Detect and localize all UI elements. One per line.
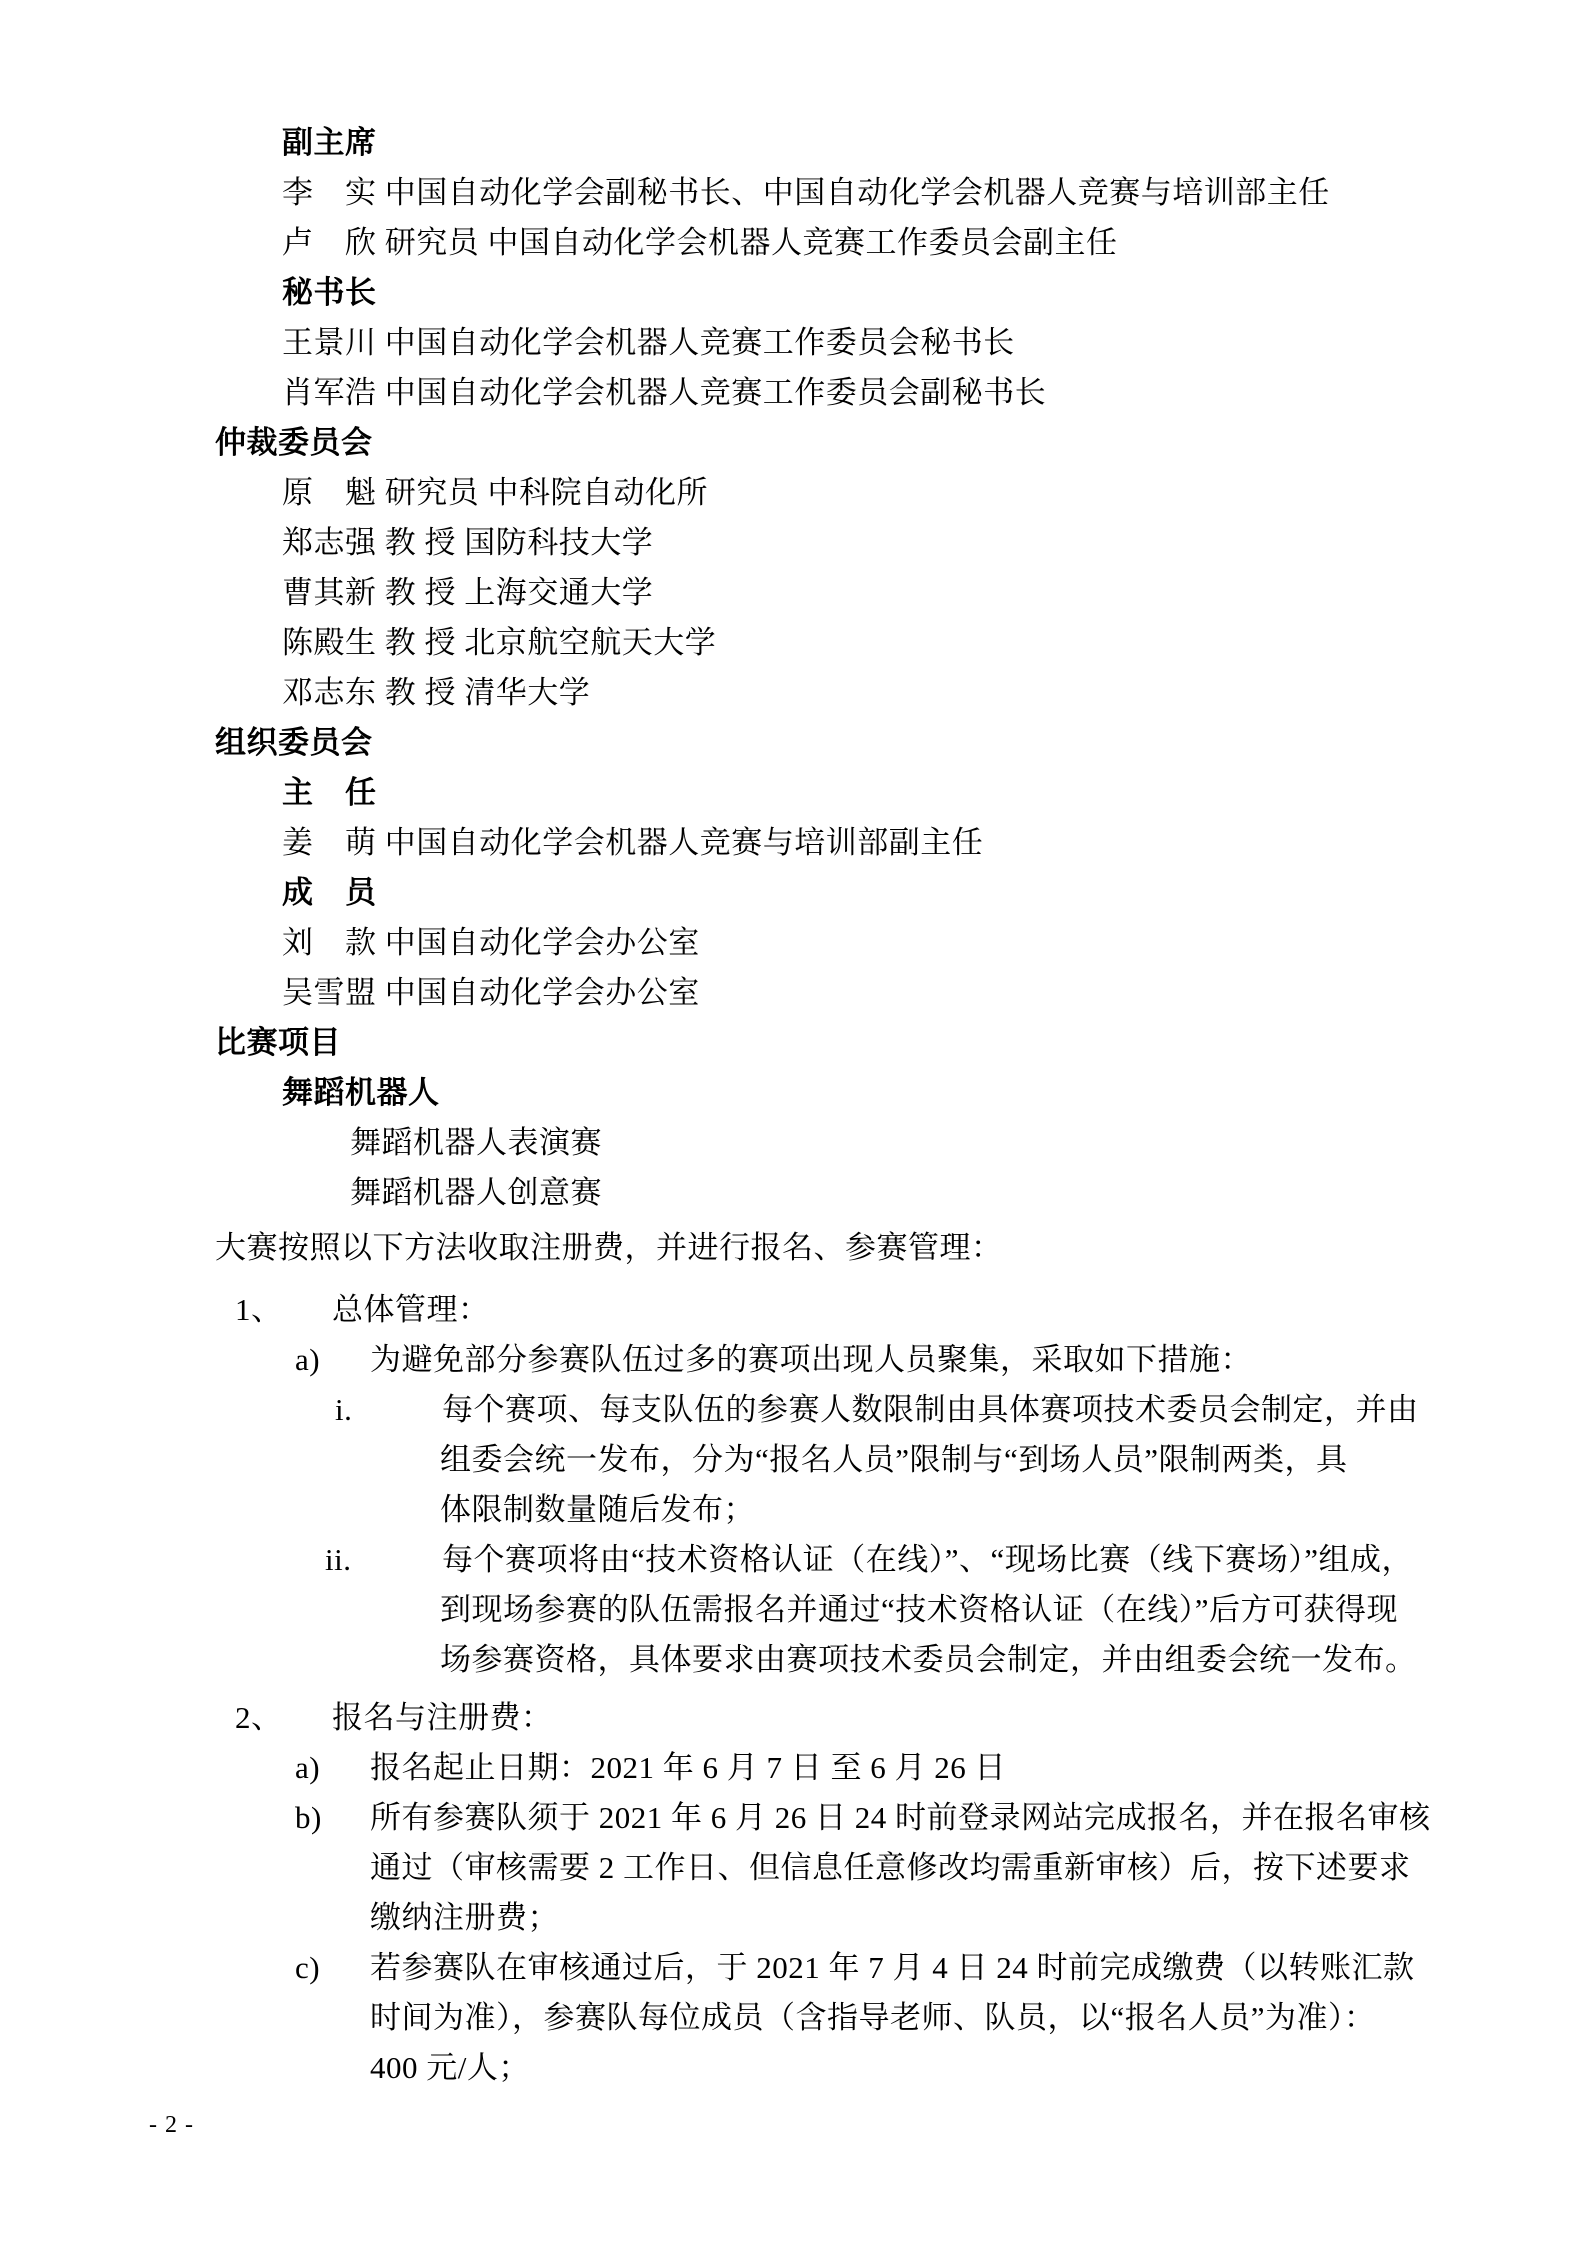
line-text: 为避免部分参赛队伍过多的赛项出现人员聚集，采取如下措施：	[370, 1342, 1252, 1377]
line-text: 原 魁 研究员 中科院自动化所	[282, 475, 708, 510]
line-text: 大赛按照以下方法收取注册费，并进行报名、参赛管理：	[215, 1230, 1003, 1265]
text-line: 组委会统一发布，分为“报名人员”限制与“到场人员”限制两类，具	[0, 1435, 1587, 1485]
text-line: 刘 款 中国自动化学会办公室	[0, 918, 1587, 968]
line-text: 仲裁委员会	[215, 425, 373, 460]
list-marker: ii.	[325, 1535, 442, 1585]
list-marker: 1、	[235, 1285, 332, 1335]
text-line: 吴雪盟 中国自动化学会办公室	[0, 968, 1587, 1018]
line-text: 邓志东 教 授 清华大学	[282, 675, 590, 710]
text-line: 到现场参赛的队伍需报名并通过“技术资格认证（在线）”后方可获得现	[0, 1585, 1587, 1635]
list-marker: a)	[295, 1335, 370, 1385]
line-text: 报名与注册费：	[332, 1700, 553, 1735]
text-line: 舞蹈机器人创意赛	[0, 1168, 1587, 1218]
line-text: 缴纳注册费；	[370, 1900, 559, 1935]
text-line: 舞蹈机器人表演赛	[0, 1118, 1587, 1168]
heading-line: 主 任	[0, 768, 1587, 818]
list-marker: b)	[295, 1793, 370, 1843]
heading-line: 舞蹈机器人	[0, 1068, 1587, 1118]
list-marker: c)	[295, 1943, 370, 1993]
line-text: 每个赛项将由“技术资格认证（在线）”、“现场比赛（线下赛场）”组成，	[442, 1542, 1413, 1577]
line-text: 刘 款 中国自动化学会办公室	[282, 925, 700, 960]
line-text: 李 实 中国自动化学会副秘书长、中国自动化学会机器人竞赛与培训部主任	[282, 175, 1330, 210]
line-text: 场参赛资格，具体要求由赛项技术委员会制定，并由组委会统一发布。	[440, 1642, 1417, 1677]
list-marker: a)	[295, 1743, 370, 1793]
text-line: ii.每个赛项将由“技术资格认证（在线）”、“现场比赛（线下赛场）”组成，	[0, 1535, 1587, 1585]
line-text: 到现场参赛的队伍需报名并通过“技术资格认证（在线）”后方可获得现	[440, 1592, 1398, 1627]
line-text: 曹其新 教 授 上海交通大学	[282, 575, 653, 610]
heading-line: 成 员	[0, 868, 1587, 918]
text-line: 2、报名与注册费：	[0, 1693, 1587, 1743]
line-text: 通过（审核需要 2 工作日、但信息任意修改均需重新审核）后，按下述要求	[370, 1850, 1411, 1885]
line-text: 组委会统一发布，分为“报名人员”限制与“到场人员”限制两类，具	[440, 1442, 1348, 1477]
text-line: a)为避免部分参赛队伍过多的赛项出现人员聚集，采取如下措施：	[0, 1335, 1587, 1385]
line-text: 成 员	[282, 875, 377, 910]
list-marker: 2、	[235, 1693, 332, 1743]
line-text: 每个赛项、每支队伍的参赛人数限制由具体赛项技术委员会制定，并由	[442, 1392, 1419, 1427]
page-number: - 2 -	[149, 2112, 194, 2139]
text-line: i.每个赛项、每支队伍的参赛人数限制由具体赛项技术委员会制定，并由	[0, 1385, 1587, 1435]
text-line: 大赛按照以下方法收取注册费，并进行报名、参赛管理：	[0, 1223, 1587, 1273]
text-line: 邓志东 教 授 清华大学	[0, 668, 1587, 718]
line-text: 陈殿生 教 授 北京航空航天大学	[282, 625, 716, 660]
line-text: 体限制数量随后发布；	[440, 1492, 755, 1527]
text-line: 李 实 中国自动化学会副秘书长、中国自动化学会机器人竞赛与培训部主任	[0, 168, 1587, 218]
line-text: 姜 萌 中国自动化学会机器人竞赛与培训部副主任	[282, 825, 983, 860]
document-page: 副主席李 实 中国自动化学会副秘书长、中国自动化学会机器人竞赛与培训部主任卢 欣…	[0, 0, 1587, 2245]
text-line: c)若参赛队在审核通过后，于 2021 年 7 月 4 日 24 时前完成缴费（…	[0, 1943, 1587, 1993]
heading-line: 仲裁委员会	[0, 418, 1587, 468]
text-line: 曹其新 教 授 上海交通大学	[0, 568, 1587, 618]
text-line: 陈殿生 教 授 北京航空航天大学	[0, 618, 1587, 668]
line-text: 副主席	[282, 125, 377, 160]
text-line: 1、总体管理：	[0, 1285, 1587, 1335]
text-line: 郑志强 教 授 国防科技大学	[0, 518, 1587, 568]
line-text: 吴雪盟 中国自动化学会办公室	[282, 975, 700, 1010]
text-line: 姜 萌 中国自动化学会机器人竞赛与培训部副主任	[0, 818, 1587, 868]
text-line: 通过（审核需要 2 工作日、但信息任意修改均需重新审核）后，按下述要求	[0, 1843, 1587, 1893]
heading-line: 比赛项目	[0, 1018, 1587, 1068]
line-text: 组织委员会	[215, 725, 373, 760]
text-line: 400 元/人；	[0, 2043, 1587, 2093]
heading-line: 副主席	[0, 118, 1587, 168]
line-text: 所有参赛队须于 2021 年 6 月 26 日 24 时前登录网站完成报名，并在…	[370, 1800, 1431, 1835]
line-text: 若参赛队在审核通过后，于 2021 年 7 月 4 日 24 时前完成缴费（以转…	[370, 1950, 1415, 1985]
line-text: 秘书长	[282, 275, 377, 310]
document-body: 副主席李 实 中国自动化学会副秘书长、中国自动化学会机器人竞赛与培训部主任卢 欣…	[0, 118, 1587, 2093]
line-text: 肖军浩 中国自动化学会机器人竞赛工作委员会副秘书长	[282, 375, 1046, 410]
text-line: 体限制数量随后发布；	[0, 1485, 1587, 1535]
heading-line: 秘书长	[0, 268, 1587, 318]
line-text: 报名起止日期：2021 年 6 月 7 日 至 6 月 26 日	[370, 1750, 1006, 1785]
line-text: 王景川 中国自动化学会机器人竞赛工作委员会秘书长	[282, 325, 1015, 360]
line-text: 主 任	[282, 775, 377, 810]
heading-line: 组织委员会	[0, 718, 1587, 768]
text-line: 王景川 中国自动化学会机器人竞赛工作委员会秘书长	[0, 318, 1587, 368]
text-line: b)所有参赛队须于 2021 年 6 月 26 日 24 时前登录网站完成报名，…	[0, 1793, 1587, 1843]
text-line: 场参赛资格，具体要求由赛项技术委员会制定，并由组委会统一发布。	[0, 1635, 1587, 1685]
line-text: 比赛项目	[215, 1025, 341, 1060]
text-line: 时间为准），参赛队每位成员（含指导老师、队员，以“报名人员”为准）：	[0, 1993, 1587, 2043]
line-text: 卢 欣 研究员 中国自动化学会机器人竞赛工作委员会副主任	[282, 225, 1118, 260]
text-line: 卢 欣 研究员 中国自动化学会机器人竞赛工作委员会副主任	[0, 218, 1587, 268]
line-text: 舞蹈机器人	[282, 1075, 440, 1110]
list-marker: i.	[335, 1385, 442, 1435]
text-line: 缴纳注册费；	[0, 1893, 1587, 1943]
line-text: 舞蹈机器人表演赛	[350, 1125, 602, 1160]
line-text: 总体管理：	[332, 1292, 490, 1327]
text-line: a)报名起止日期：2021 年 6 月 7 日 至 6 月 26 日	[0, 1743, 1587, 1793]
text-line: 原 魁 研究员 中科院自动化所	[0, 468, 1587, 518]
text-line: 肖军浩 中国自动化学会机器人竞赛工作委员会副秘书长	[0, 368, 1587, 418]
line-text: 郑志强 教 授 国防科技大学	[282, 525, 653, 560]
line-text: 400 元/人；	[370, 2050, 530, 2085]
line-text: 舞蹈机器人创意赛	[350, 1175, 602, 1210]
line-text: 时间为准），参赛队每位成员（含指导老师、队员，以“报名人员”为准）：	[370, 2000, 1376, 2035]
